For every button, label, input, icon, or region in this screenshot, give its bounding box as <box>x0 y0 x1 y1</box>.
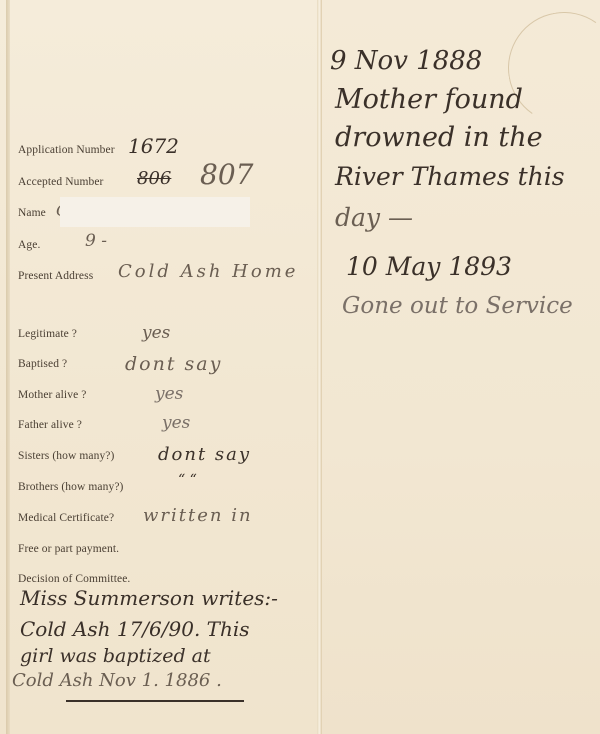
value-brothers: “ “ <box>178 472 197 488</box>
label-accepted-number: Accepted Number <box>18 176 103 188</box>
committee-note-line-4: Cold Ash Nov 1. 1886 . <box>12 670 222 691</box>
value-present-address: Cold Ash Home <box>118 261 298 282</box>
value-mother-alive: yes <box>155 384 183 404</box>
center-fold <box>317 0 322 734</box>
value-sisters: dont say <box>158 444 251 465</box>
label-committee-decision: Decision of Committee. <box>18 573 130 585</box>
value-baptised: dont say <box>125 353 222 375</box>
name-redaction <box>60 197 250 227</box>
label-application-number: Application Number <box>18 144 115 156</box>
label-mother-alive: Mother alive ? <box>18 389 86 401</box>
right-note-line-2: drowned in the <box>335 122 543 153</box>
signature-rule <box>66 700 244 702</box>
value-accepted-number: 807 <box>200 158 253 191</box>
label-father-alive: Father alive ? <box>18 419 82 431</box>
label-brothers: Brothers (how many?) <box>18 481 123 493</box>
value-father-alive: yes <box>162 413 190 433</box>
value-accepted-number-struck: 806 <box>137 168 171 189</box>
right-note-line-4: day — <box>335 203 413 232</box>
value-application-number: 1672 <box>128 134 179 158</box>
label-payment: Free or part payment. <box>18 543 119 555</box>
committee-note-line-1: Miss Summerson writes:- <box>20 586 278 610</box>
label-sisters: Sisters (how many?) <box>18 450 114 462</box>
label-present-address: Present Address <box>18 270 93 282</box>
value-legitimate: yes <box>142 323 170 343</box>
label-age: Age. <box>18 239 40 251</box>
label-legitimate: Legitimate ? <box>18 328 77 340</box>
right-note-date-1: 9 Nov 1888 <box>330 46 482 76</box>
right-note-line-3: River Thames this <box>335 162 565 191</box>
right-note-line-1: Mother found <box>335 84 523 115</box>
value-age: 9 - <box>85 231 107 251</box>
right-note-line-5: Gone out to Service <box>342 293 573 319</box>
label-name: Name <box>18 207 46 219</box>
label-baptised: Baptised ? <box>18 358 67 370</box>
value-medical-certificate: written in <box>143 505 253 526</box>
committee-note-line-3: girl was baptized at <box>20 645 211 667</box>
label-medical-certificate: Medical Certificate? <box>18 512 114 524</box>
binding-edge <box>6 0 10 734</box>
committee-note-line-2: Cold Ash 17/6/90. This <box>20 617 250 641</box>
document-scan: Application Number Accepted Number Name … <box>0 0 600 734</box>
right-note-date-2: 10 May 1893 <box>346 252 512 281</box>
